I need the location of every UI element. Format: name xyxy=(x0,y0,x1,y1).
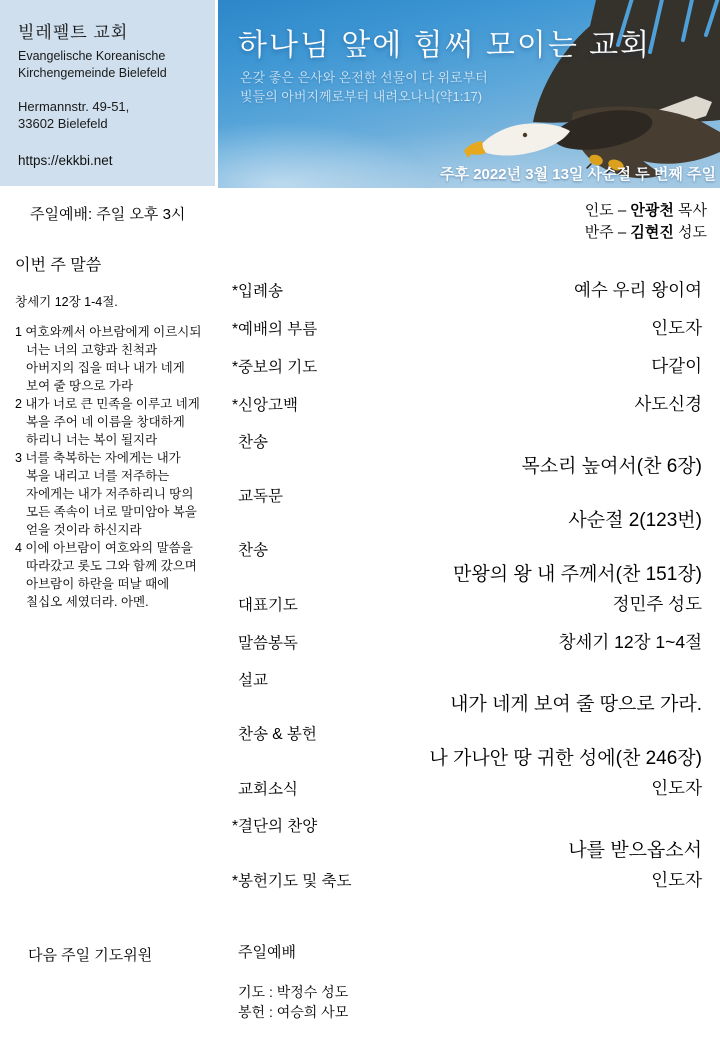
order-row: 찬송 & 봉헌나 가나안 땅 귀한 성에(찬 246장) xyxy=(232,724,702,771)
church-name-german: Evangelische Koreanische Kirchengemeinde… xyxy=(18,48,207,82)
order-row: 설교내가 네게 보여 줄 땅으로 가라. xyxy=(232,670,702,717)
scripture-line: 4 이에 아브람이 여호와의 말씀을 xyxy=(15,539,221,557)
accompanist-name: 김현진 xyxy=(630,224,673,241)
order-item-label: *신앙고백 xyxy=(232,395,298,416)
scripture-lines: 1 여호와께서 아브람에게 이르시되너는 너의 고향과 친척과아버지의 집을 떠… xyxy=(15,323,221,611)
order-item-label: 찬송 & 봉헌 xyxy=(232,724,317,745)
scripture-line: 아버지의 집을 떠나 내가 네게 xyxy=(15,359,221,377)
service-leader-line: 인도 – 안광천 목사 xyxy=(585,200,707,222)
leader-prefix: 인도 – xyxy=(585,202,631,219)
scripture-line: 자에게는 내가 저주하리니 땅의 xyxy=(15,485,221,503)
header-banner: 하나님 앞에 힘써 모이는 교회 온갖 좋은 은사와 온전한 선물이 다 위로부… xyxy=(218,0,720,188)
scripture-line: 하리니 너는 복이 될지라 xyxy=(15,431,221,449)
order-item-value: 인도자 xyxy=(651,778,702,799)
order-item-value: 사도신경 xyxy=(634,394,702,415)
order-of-worship: *입례송예수 우리 왕이여*예배의 부름인도자*중보의 기도다같이*신앙고백사도… xyxy=(232,280,702,908)
order-item-label: *예배의 부름 xyxy=(232,319,317,340)
order-item-label: 찬송 xyxy=(232,540,268,561)
accompanist-prefix: 반주 – xyxy=(585,224,631,241)
order-item-label: 찬송 xyxy=(232,432,268,453)
church-info-box: 빌레펠트 교회 Evangelische Koreanische Kirchen… xyxy=(0,0,215,186)
order-item-label: 교독문 xyxy=(232,486,283,507)
order-item-label: 말씀봉독 xyxy=(232,633,298,654)
order-item-value: 목소리 높여서(찬 6장) xyxy=(232,455,702,479)
order-item-value: 인도자 xyxy=(651,870,702,891)
scripture-reference: 창세기 12장 1-4절. xyxy=(15,292,221,310)
order-row: *봉헌기도 및 축도인도자 xyxy=(232,870,702,892)
church-website-link[interactable]: https://ekkbi.net xyxy=(18,153,207,168)
scripture-line: 복을 주어 네 이름을 창대하게 xyxy=(15,413,221,431)
scripture-line: 얻을 것이라 하신지라 xyxy=(15,521,221,539)
scripture-line: 복을 내리고 너를 저주하는 xyxy=(15,467,221,485)
church-name-german-line1: Evangelische Koreanische xyxy=(18,48,207,65)
scripture-line: 아브람이 하란을 떠날 때에 xyxy=(15,575,221,593)
order-item-value: 나 가나안 땅 귀한 성에(찬 246장) xyxy=(232,747,702,771)
order-item-value: 창세기 12장 1~4절 xyxy=(559,632,702,653)
order-row: *결단의 찬양나를 받으옵소서 xyxy=(232,816,702,863)
scripture-line: 너는 너의 고향과 친척과 xyxy=(15,341,221,359)
order-row: *예배의 부름인도자 xyxy=(232,318,702,340)
order-item-value: 다같이 xyxy=(651,356,702,377)
order-item-label: *봉헌기도 및 축도 xyxy=(232,871,351,892)
scripture-line: 칠십오 세였더라. 아멘. xyxy=(15,593,221,611)
next-week-prayer-heading: 다음 주일 기도위원 xyxy=(28,944,152,965)
order-item-value: 내가 네게 보여 줄 땅으로 가라. xyxy=(232,693,702,717)
order-item-label: 교회소식 xyxy=(232,779,298,800)
order-item-value: 정민주 성도 xyxy=(613,594,702,615)
order-row: *신앙고백사도신경 xyxy=(232,394,702,416)
order-item-label: *중보의 기도 xyxy=(232,357,317,378)
service-time-label: 주일예배: 주일 오후 3시 xyxy=(30,203,185,224)
scripture-line: 보여 줄 땅으로 가라 xyxy=(15,377,221,395)
scripture-line: 모든 족속이 너로 말미암아 복을 xyxy=(15,503,221,521)
order-item-value: 나를 받으옵소서 xyxy=(232,839,702,863)
order-item-value: 사순절 2(123번) xyxy=(232,509,702,533)
order-item-value: 예수 우리 왕이여 xyxy=(574,280,702,301)
scripture-line: 1 여호와께서 아브람에게 이르시되 xyxy=(15,323,221,341)
order-item-value: 인도자 xyxy=(651,318,702,339)
banner-subtitle: 온갖 좋은 은사와 온전한 선물이 다 위로부터 빛들의 아버지께로부터 내려오… xyxy=(240,68,488,106)
church-name-korean: 빌레펠트 교회 xyxy=(18,18,207,43)
order-row: 교독문사순절 2(123번) xyxy=(232,486,702,533)
banner-title: 하나님 앞에 힘써 모이는 교회 xyxy=(238,20,651,64)
footer-offering-line: 봉헌 : 여승희 사모 xyxy=(238,1002,348,1022)
scripture-line: 3 너를 축복하는 자에게는 내가 xyxy=(15,449,221,467)
address-line2: 33602 Bielefeld xyxy=(18,115,207,132)
order-row: 대표기도정민주 성도 xyxy=(232,594,702,616)
footer-assignment-lines: 기도 : 박정수 성도 봉헌 : 여승희 사모 xyxy=(238,982,348,1022)
order-item-label: 대표기도 xyxy=(232,595,298,616)
scripture-line: 2 내가 너로 큰 민족을 이루고 네게 xyxy=(15,395,221,413)
order-item-label: 설교 xyxy=(232,670,268,691)
scripture-heading: 이번 주 말씀 xyxy=(15,252,221,275)
service-people: 인도 – 안광천 목사 반주 – 김현진 성도 xyxy=(585,200,707,244)
address-line1: Hermannstr. 49-51, xyxy=(18,98,207,115)
order-row: 말씀봉독창세기 12장 1~4절 xyxy=(232,632,702,654)
weekly-scripture-panel: 이번 주 말씀 창세기 12장 1-4절. 1 여호와께서 아브람에게 이르시되… xyxy=(15,252,221,611)
order-item-label: *결단의 찬양 xyxy=(232,816,317,837)
leader-name: 안광천 xyxy=(630,202,673,219)
order-row: 찬송만왕의 왕 내 주께서(찬 151장) xyxy=(232,540,702,587)
banner-date: 주후 2022년 3월 13일 사순절 두 번째 주일 xyxy=(440,163,716,184)
footer-service-label: 주일예배 xyxy=(238,941,348,962)
footer-prayer-line: 기도 : 박정수 성도 xyxy=(238,982,348,1002)
church-address: Hermannstr. 49-51, 33602 Bielefeld xyxy=(18,98,207,132)
next-week-prayer-details: 주일예배 기도 : 박정수 성도 봉헌 : 여승희 사모 xyxy=(238,941,348,1022)
order-row: *입례송예수 우리 왕이여 xyxy=(232,280,702,302)
order-item-value: 만왕의 왕 내 주께서(찬 151장) xyxy=(232,563,702,587)
scripture-line: 따라갔고 롯도 그와 함께 갔으며 xyxy=(15,557,221,575)
order-item-label: *입례송 xyxy=(232,281,283,302)
leader-title: 목사 xyxy=(674,202,707,219)
service-accompanist-line: 반주 – 김현진 성도 xyxy=(585,222,707,244)
accompanist-title: 성도 xyxy=(674,224,707,241)
banner-subtitle-line2: 빛들의 아버지께로부터 내려오나니(약1:17) xyxy=(240,87,488,106)
order-row: 찬송목소리 높여서(찬 6장) xyxy=(232,432,702,479)
order-row: *중보의 기도다같이 xyxy=(232,356,702,378)
order-row: 교회소식인도자 xyxy=(232,778,702,800)
banner-subtitle-line1: 온갖 좋은 은사와 온전한 선물이 다 위로부터 xyxy=(240,68,488,87)
church-name-german-line2: Kirchengemeinde Bielefeld xyxy=(18,65,207,82)
